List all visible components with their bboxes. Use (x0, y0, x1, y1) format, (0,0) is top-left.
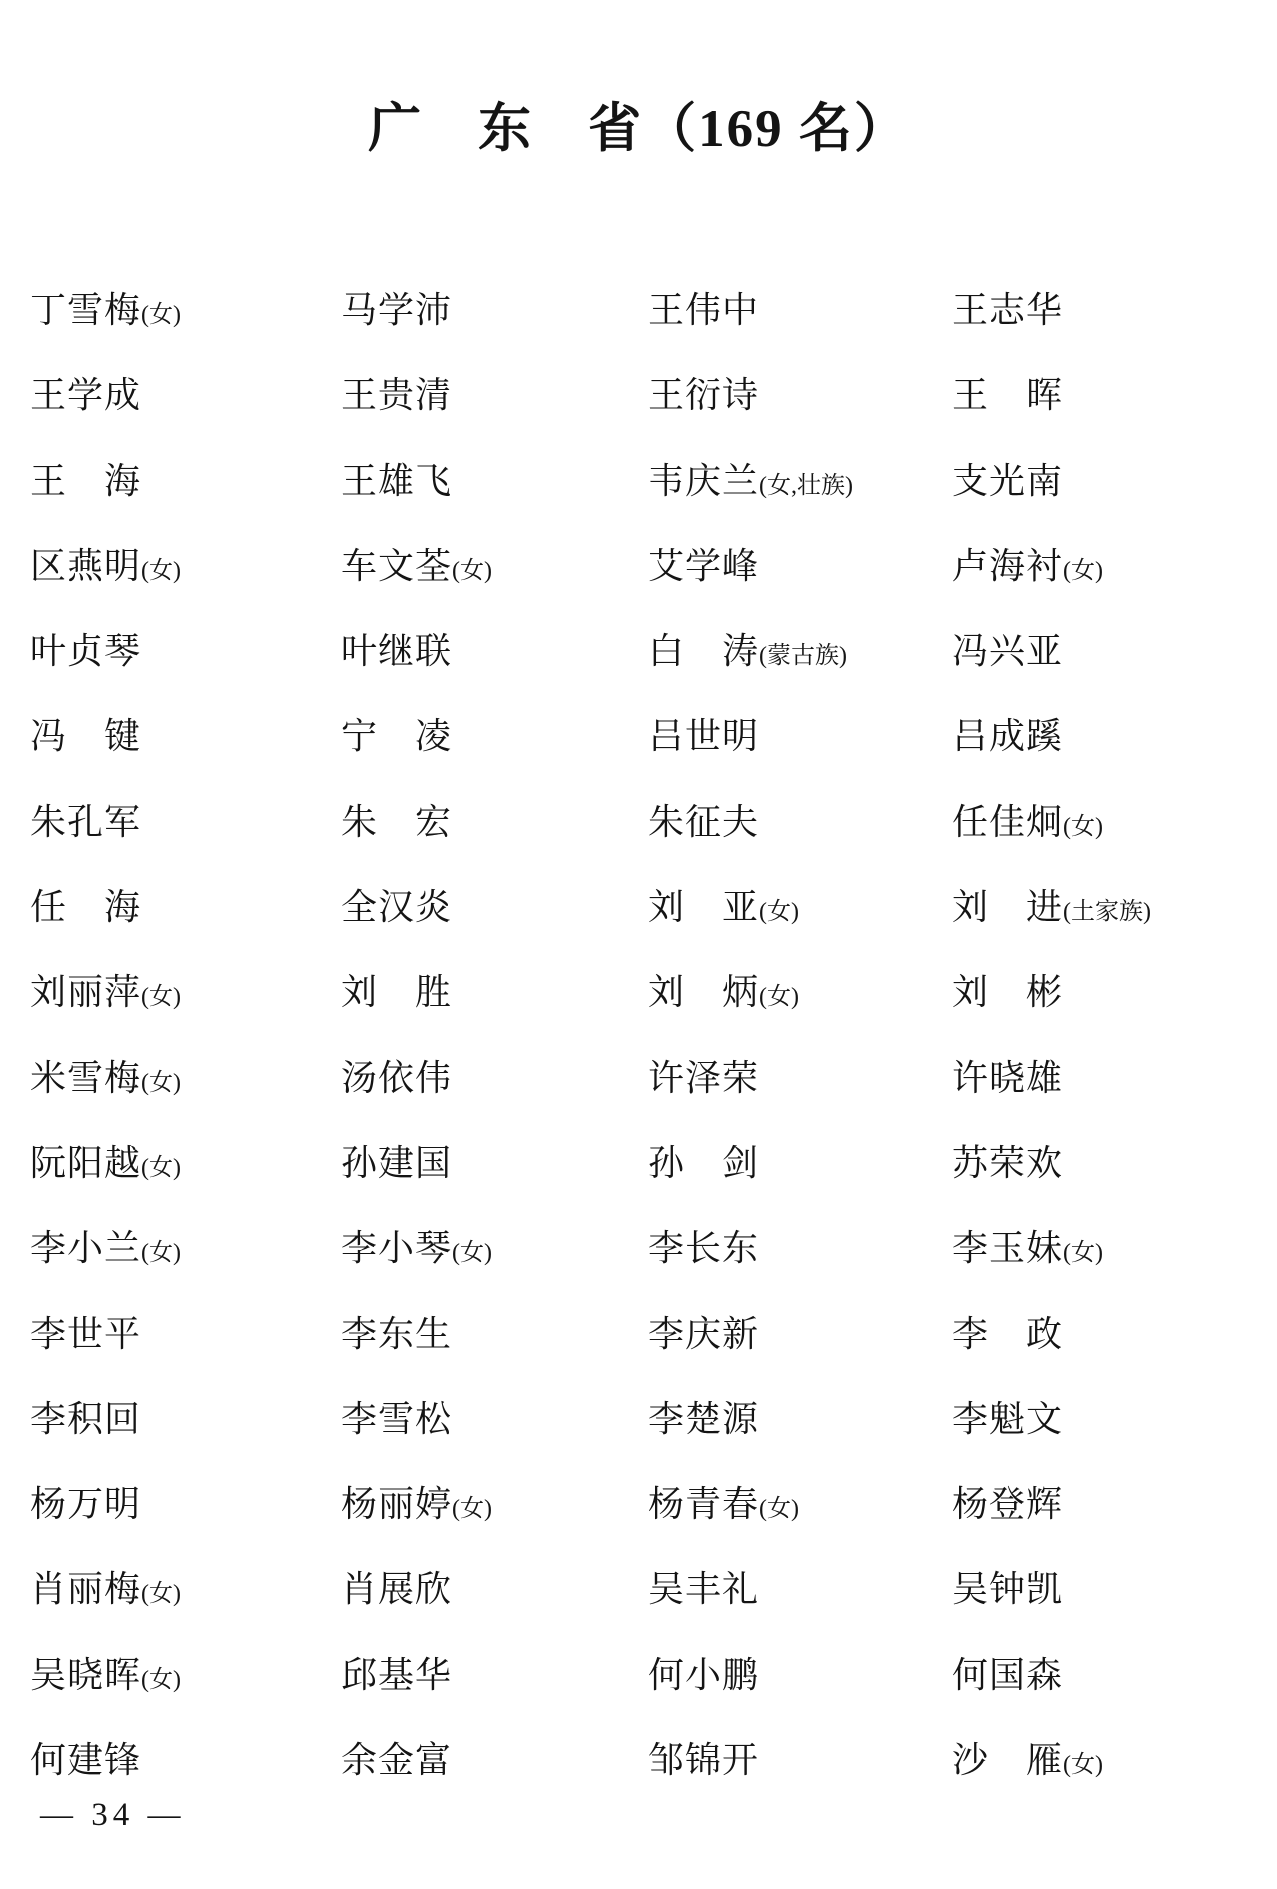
person-name: 宁 凌 (341, 694, 452, 779)
person-name: 艾学峰 (648, 524, 759, 609)
name-entry: 丁雪梅(女) (30, 268, 341, 353)
name-entry: 韦庆兰(女,壮族) (648, 439, 952, 524)
name-entry: 李楚源 (648, 1377, 952, 1462)
person-name: 卢海衬 (952, 524, 1063, 609)
name-entry: 刘 进(土家族) (952, 865, 1247, 950)
person-note: (土家族) (1063, 870, 1151, 955)
name-entry: 肖展欣 (341, 1547, 648, 1632)
person-note: (女) (1063, 529, 1103, 614)
person-name: 邹锦开 (648, 1718, 759, 1803)
person-name: 肖丽梅 (30, 1547, 141, 1632)
name-entry: 余金富 (341, 1718, 648, 1803)
person-name: 冯 键 (30, 694, 141, 779)
name-entry: 王志华 (952, 268, 1247, 353)
name-entry: 李庆新 (648, 1292, 952, 1377)
name-entry: 宁 凌 (341, 694, 648, 779)
person-name: 苏荣欢 (952, 1121, 1063, 1206)
person-name: 何建锋 (30, 1718, 141, 1803)
name-entry: 朱 宏 (341, 780, 648, 865)
name-entry: 李小琴(女) (341, 1206, 648, 1291)
person-name: 李小琴 (341, 1206, 452, 1291)
name-entry: 吴晓晖(女) (30, 1633, 341, 1718)
person-note: (女) (141, 1552, 181, 1637)
person-note: (女) (452, 529, 492, 614)
person-note: (女) (759, 1467, 799, 1552)
name-entry: 任 海 (30, 865, 341, 950)
name-entry: 李世平 (30, 1292, 341, 1377)
name-entry: 杨万明 (30, 1462, 341, 1547)
person-note: (女) (141, 529, 181, 614)
name-entry: 朱征夫 (648, 780, 952, 865)
person-name: 刘丽萍 (30, 950, 141, 1035)
person-name: 王雄飞 (341, 439, 452, 524)
person-name: 许晓雄 (952, 1036, 1063, 1121)
name-entry: 沙 雁(女) (952, 1718, 1247, 1803)
person-name: 杨登辉 (952, 1462, 1063, 1547)
person-name: 李长东 (648, 1206, 759, 1291)
name-entry: 艾学峰 (648, 524, 952, 609)
person-name: 许泽荣 (648, 1036, 759, 1121)
name-entry: 刘 亚(女) (648, 865, 952, 950)
person-note: (女) (759, 955, 799, 1040)
person-name: 李小兰 (30, 1206, 141, 1291)
name-entry: 汤依伟 (341, 1036, 648, 1121)
person-note: (女) (452, 1211, 492, 1296)
person-name: 杨丽婷 (341, 1462, 452, 1547)
name-entry: 马学沛 (341, 268, 648, 353)
person-name: 区燕明 (30, 524, 141, 609)
page-title: 广 东 省（169 名） (0, 86, 1277, 162)
person-note: (女) (141, 1638, 181, 1723)
name-entry: 王雄飞 (341, 439, 648, 524)
name-entry: 王衍诗 (648, 353, 952, 438)
page-number: — 34 — (40, 1797, 186, 1834)
person-note: (女) (759, 870, 799, 955)
name-list: 丁雪梅(女)马学沛王伟中王志华王学成王贵清王衍诗王 晖王 海王雄飞韦庆兰(女,壮… (30, 268, 1247, 1803)
name-entry: 王 晖 (952, 353, 1247, 438)
name-entry: 李长东 (648, 1206, 952, 1291)
person-name: 李世平 (30, 1292, 141, 1377)
name-entry: 李东生 (341, 1292, 648, 1377)
person-name: 余金富 (341, 1718, 452, 1803)
name-entry: 吴钟凯 (952, 1547, 1247, 1632)
person-name: 杨万明 (30, 1462, 141, 1547)
name-entry: 朱孔军 (30, 780, 341, 865)
person-name: 吕成蹊 (952, 694, 1063, 779)
person-name: 何小鹏 (648, 1633, 759, 1718)
name-entry: 车文荃(女) (341, 524, 648, 609)
person-name: 刘 彬 (952, 950, 1063, 1035)
person-name: 王学成 (30, 353, 141, 438)
person-name: 刘 亚 (648, 865, 759, 950)
name-entry: 李雪松 (341, 1377, 648, 1462)
person-note: (女) (141, 273, 181, 358)
person-name: 丁雪梅 (30, 268, 141, 353)
name-entry: 冯 键 (30, 694, 341, 779)
name-entry: 邱基华 (341, 1633, 648, 1718)
person-name: 吴晓晖 (30, 1633, 141, 1718)
name-entry: 支光南 (952, 439, 1247, 524)
person-name: 李 政 (952, 1292, 1063, 1377)
person-note: (女) (141, 955, 181, 1040)
name-entry: 孙 剑 (648, 1121, 952, 1206)
person-name: 孙 剑 (648, 1121, 759, 1206)
person-name: 李庆新 (648, 1292, 759, 1377)
name-entry: 刘 彬 (952, 950, 1247, 1035)
person-name: 李积回 (30, 1377, 141, 1462)
name-entry: 吴丰礼 (648, 1547, 952, 1632)
person-note: (女) (141, 1126, 181, 1211)
name-entry: 许泽荣 (648, 1036, 952, 1121)
person-name: 孙建国 (341, 1121, 452, 1206)
person-name: 吕世明 (648, 694, 759, 779)
person-name: 阮阳越 (30, 1121, 141, 1206)
person-name: 王志华 (952, 268, 1063, 353)
person-name: 支光南 (952, 439, 1063, 524)
person-name: 王 海 (30, 439, 141, 524)
person-name: 吴丰礼 (648, 1547, 759, 1632)
person-name: 车文荃 (341, 524, 452, 609)
person-name: 何国森 (952, 1633, 1063, 1718)
name-entry: 李魁文 (952, 1377, 1247, 1462)
name-entry: 叶继联 (341, 609, 648, 694)
name-entry: 区燕明(女) (30, 524, 341, 609)
name-entry: 何建锋 (30, 1718, 341, 1803)
person-name: 肖展欣 (341, 1547, 452, 1632)
name-entry: 刘丽萍(女) (30, 950, 341, 1035)
person-name: 王伟中 (648, 268, 759, 353)
person-name: 朱 宏 (341, 780, 452, 865)
name-entry: 白 涛(蒙古族) (648, 609, 952, 694)
person-name: 吴钟凯 (952, 1547, 1063, 1632)
name-entry: 王学成 (30, 353, 341, 438)
name-entry: 李积回 (30, 1377, 341, 1462)
person-name: 王衍诗 (648, 353, 759, 438)
name-entry: 王伟中 (648, 268, 952, 353)
name-entry: 苏荣欢 (952, 1121, 1247, 1206)
name-entry: 何国森 (952, 1633, 1247, 1718)
person-name: 韦庆兰 (648, 439, 759, 524)
person-note: (女) (452, 1467, 492, 1552)
name-entry: 肖丽梅(女) (30, 1547, 341, 1632)
name-entry: 王 海 (30, 439, 341, 524)
name-entry: 李玉妹(女) (952, 1206, 1247, 1291)
person-name: 叶贞琴 (30, 609, 141, 694)
name-entry: 王贵清 (341, 353, 648, 438)
person-name: 李玉妹 (952, 1206, 1063, 1291)
person-name: 白 涛 (648, 609, 759, 694)
person-note: (蒙古族) (759, 614, 847, 699)
name-entry: 冯兴亚 (952, 609, 1247, 694)
person-name: 叶继联 (341, 609, 452, 694)
name-entry: 卢海衬(女) (952, 524, 1247, 609)
person-name: 刘 炳 (648, 950, 759, 1035)
person-name: 任佳炯 (952, 780, 1063, 865)
name-entry: 阮阳越(女) (30, 1121, 341, 1206)
name-entry: 叶贞琴 (30, 609, 341, 694)
person-note: (女,壮族) (759, 444, 853, 529)
name-entry: 刘 胜 (341, 950, 648, 1035)
name-entry: 杨登辉 (952, 1462, 1247, 1547)
name-entry: 许晓雄 (952, 1036, 1247, 1121)
person-note: (女) (1063, 785, 1103, 870)
name-entry: 杨青春(女) (648, 1462, 952, 1547)
name-entry: 吕成蹊 (952, 694, 1247, 779)
person-name: 朱孔军 (30, 780, 141, 865)
person-name: 王贵清 (341, 353, 452, 438)
name-entry: 刘 炳(女) (648, 950, 952, 1035)
person-name: 李魁文 (952, 1377, 1063, 1462)
name-entry: 李小兰(女) (30, 1206, 341, 1291)
person-note: (女) (141, 1211, 181, 1296)
name-entry: 杨丽婷(女) (341, 1462, 648, 1547)
name-entry: 何小鹏 (648, 1633, 952, 1718)
person-name: 李雪松 (341, 1377, 452, 1462)
person-note: (女) (1063, 1211, 1103, 1296)
person-name: 邱基华 (341, 1633, 452, 1718)
name-entry: 邹锦开 (648, 1718, 952, 1803)
person-note: (女) (1063, 1723, 1103, 1808)
name-entry: 李 政 (952, 1292, 1247, 1377)
person-name: 任 海 (30, 865, 141, 950)
person-name: 王 晖 (952, 353, 1063, 438)
name-entry: 吕世明 (648, 694, 952, 779)
person-name: 米雪梅 (30, 1036, 141, 1121)
person-note: (女) (141, 1041, 181, 1126)
name-entry: 米雪梅(女) (30, 1036, 341, 1121)
person-name: 全汉炎 (341, 865, 452, 950)
person-name: 沙 雁 (952, 1718, 1063, 1803)
person-name: 刘 进 (952, 865, 1063, 950)
name-entry: 任佳炯(女) (952, 780, 1247, 865)
person-name: 李东生 (341, 1292, 452, 1377)
person-name: 杨青春 (648, 1462, 759, 1547)
person-name: 朱征夫 (648, 780, 759, 865)
person-name: 汤依伟 (341, 1036, 452, 1121)
person-name: 刘 胜 (341, 950, 452, 1035)
person-name: 马学沛 (341, 268, 452, 353)
person-name: 李楚源 (648, 1377, 759, 1462)
name-entry: 全汉炎 (341, 865, 648, 950)
person-name: 冯兴亚 (952, 609, 1063, 694)
name-entry: 孙建国 (341, 1121, 648, 1206)
